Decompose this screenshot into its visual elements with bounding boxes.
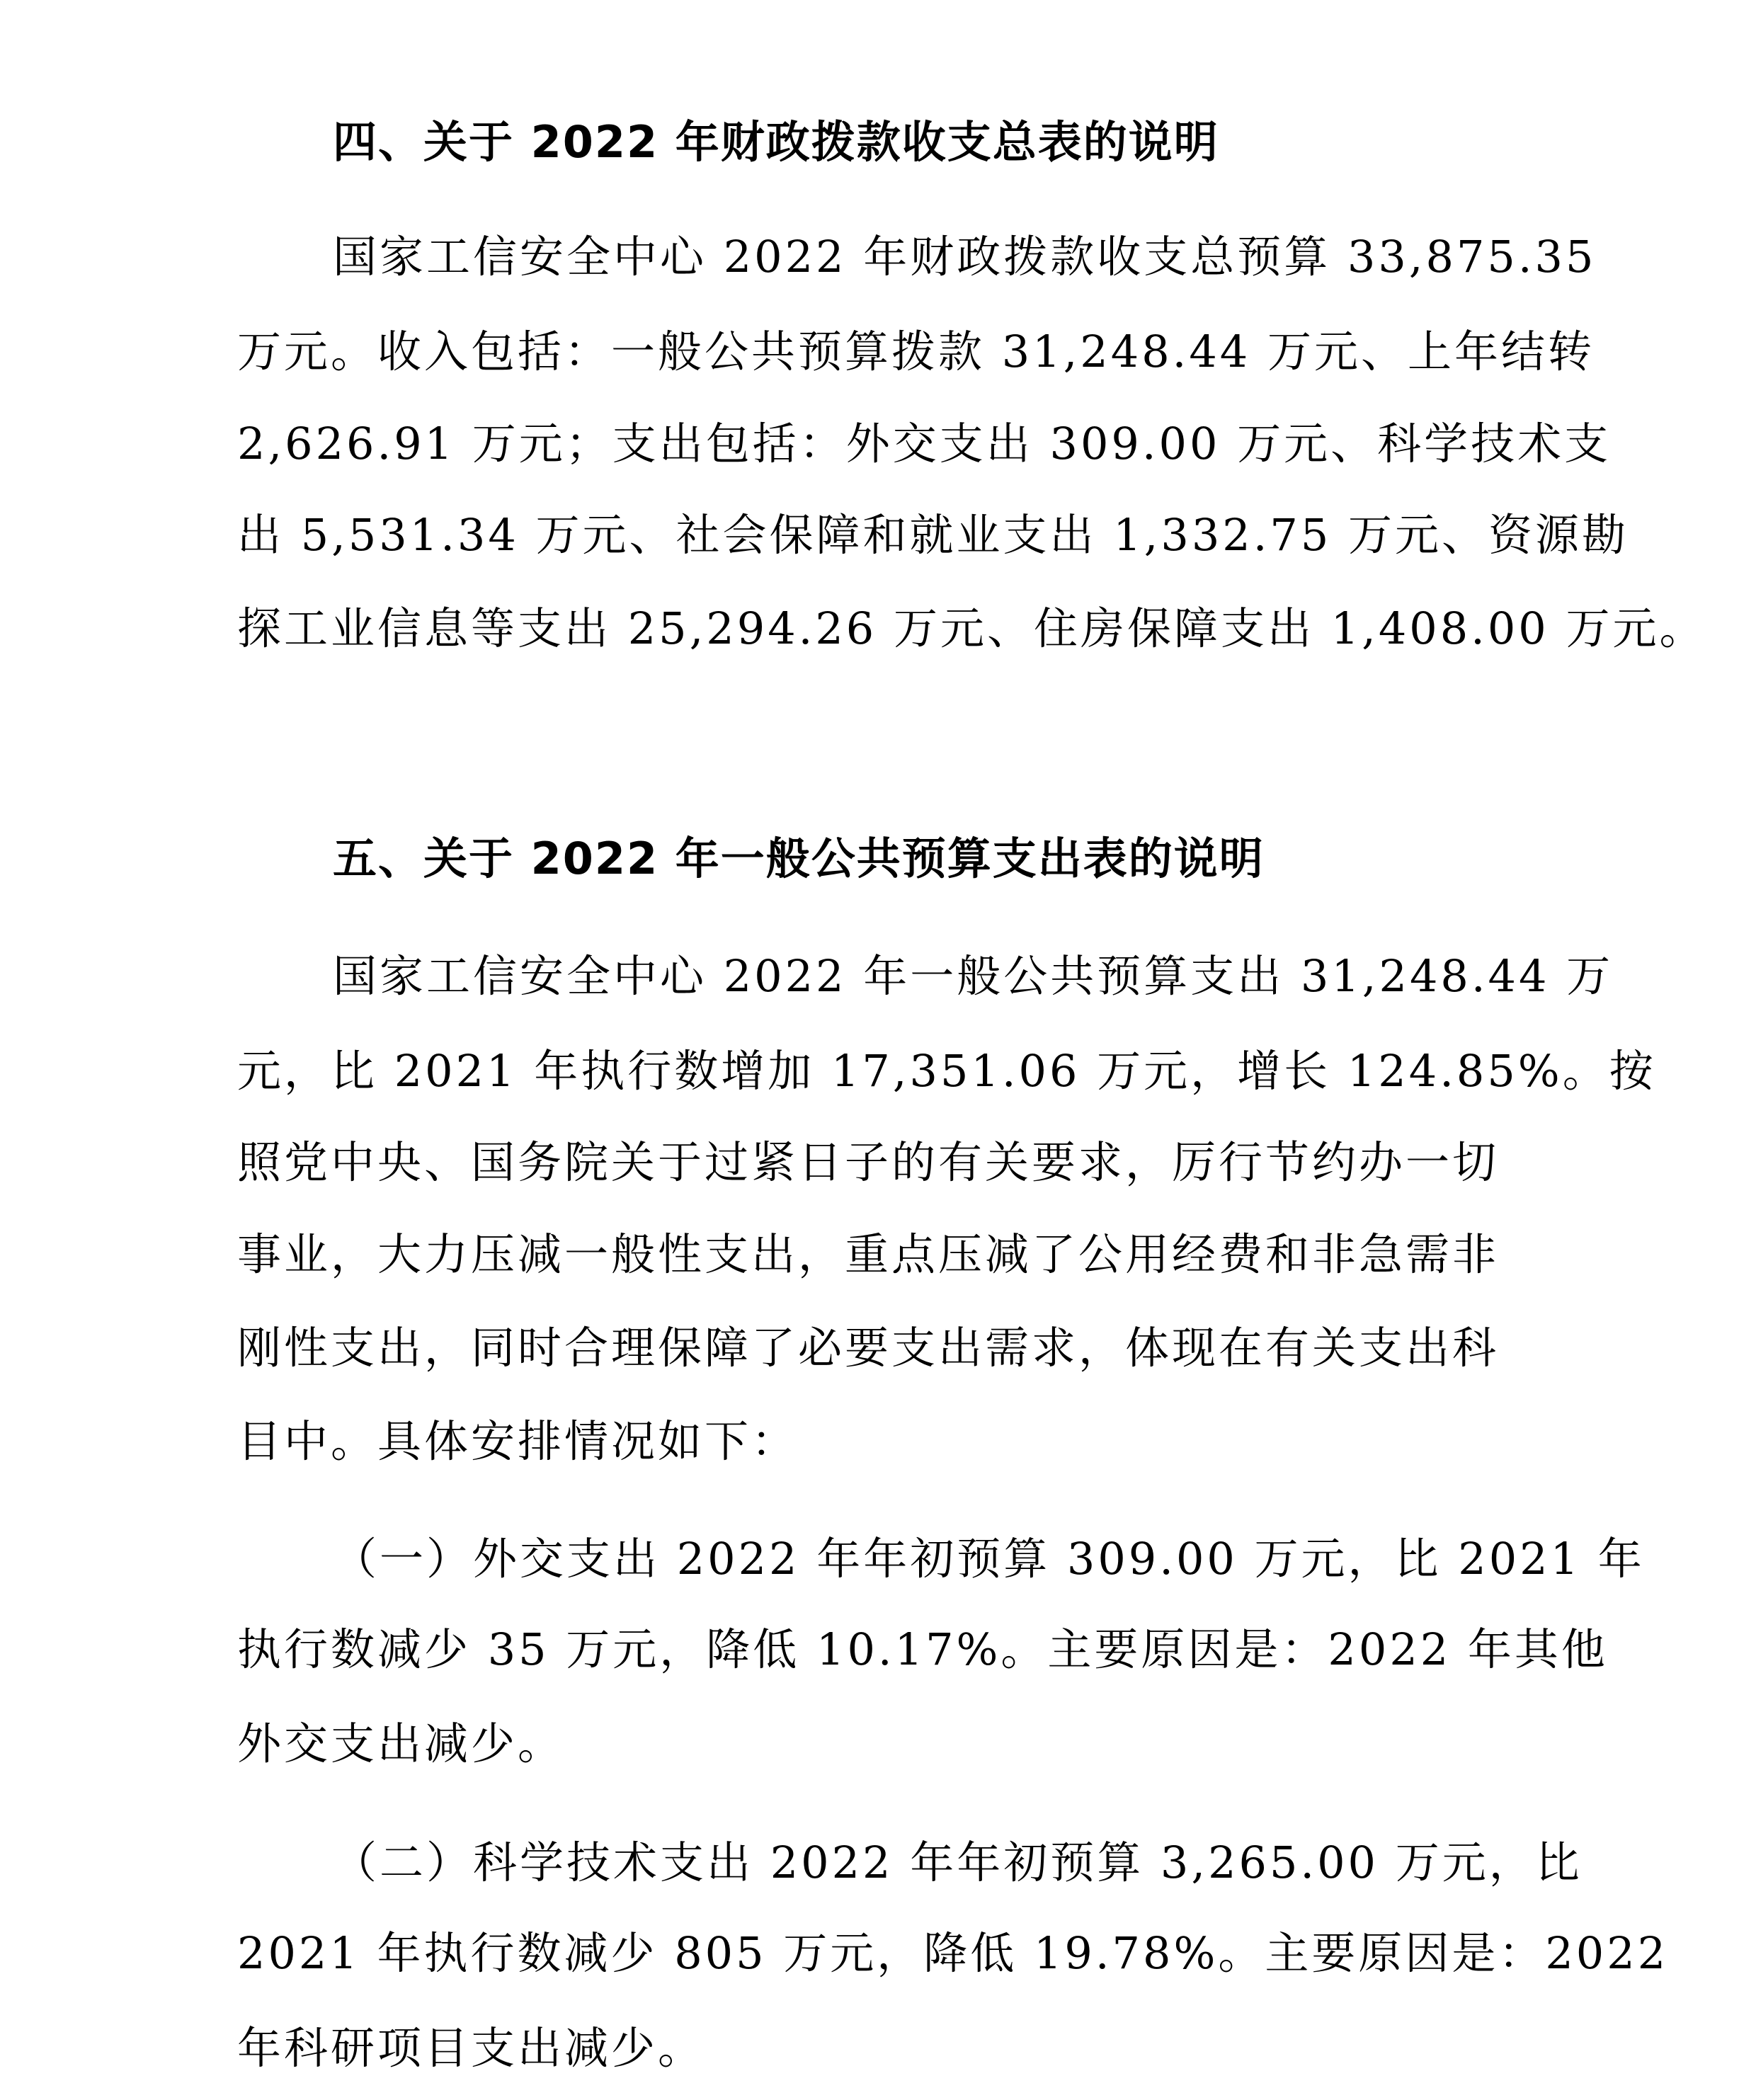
item-2-line: 2021 年执行数减少 805 万元，降低 19.78%。主要原因是：2022 xyxy=(237,1931,1668,1975)
item-2-line: 年科研项目支出减少。 xyxy=(237,2026,705,2070)
paragraph-line: 万元。收入包括：一般公共预算拨款 31,248.44 万元、上年结转 xyxy=(237,330,1595,374)
paragraph-line: 刚性支出，同时合理保障了必要支出需求，体现在有关支出科 xyxy=(237,1326,1499,1370)
paragraph-line: 照党中央、国务院关于过紧日子的有关要求，厉行节约办一切 xyxy=(237,1141,1499,1185)
paragraph-line: 国家工信安全中心 2022 年一般公共预算支出 31,248.44 万 xyxy=(333,954,1613,998)
paragraph-line: 国家工信安全中心 2022 年财政拨款收支总预算 33,875.35 xyxy=(333,235,1596,279)
paragraph-line: 元，比 2021 年执行数增加 17,351.06 万元，增长 124.85%。… xyxy=(237,1049,1656,1093)
section-4-heading: 四、关于 2022 年财政拨款收支总表的说明 xyxy=(333,120,1219,164)
paragraph-line: 2,626.91 万元；支出包括：外交支出 309.00 万元、科学技术支 xyxy=(237,422,1611,466)
item-1-line: 外交支出减少。 xyxy=(237,1722,564,1766)
paragraph-line: 探工业信息等支出 25,294.26 万元、住房保障支出 1,408.00 万元… xyxy=(237,607,1706,651)
paragraph-line: 出 5,531.34 万元、社会保障和就业支出 1,332.75 万元、资源勘 xyxy=(237,513,1629,557)
paragraph-line: 事业，大力压减一般性支出，重点压减了公用经费和非急需非 xyxy=(237,1233,1499,1277)
item-2-line: （二）科学技术支出 2022 年年初预算 3,265.00 万元，比 xyxy=(333,1841,1583,1885)
item-1-line: （一）外交支出 2022 年年初预算 309.00 万元，比 2021 年 xyxy=(333,1537,1645,1581)
section-5-heading: 五、关于 2022 年一般公共预算支出表的说明 xyxy=(333,837,1265,881)
item-1-line: 执行数减少 35 万元，降低 10.17%。主要原因是：2022 年其他 xyxy=(237,1628,1608,1672)
paragraph-line: 目中。具体安排情况如下： xyxy=(237,1420,798,1463)
